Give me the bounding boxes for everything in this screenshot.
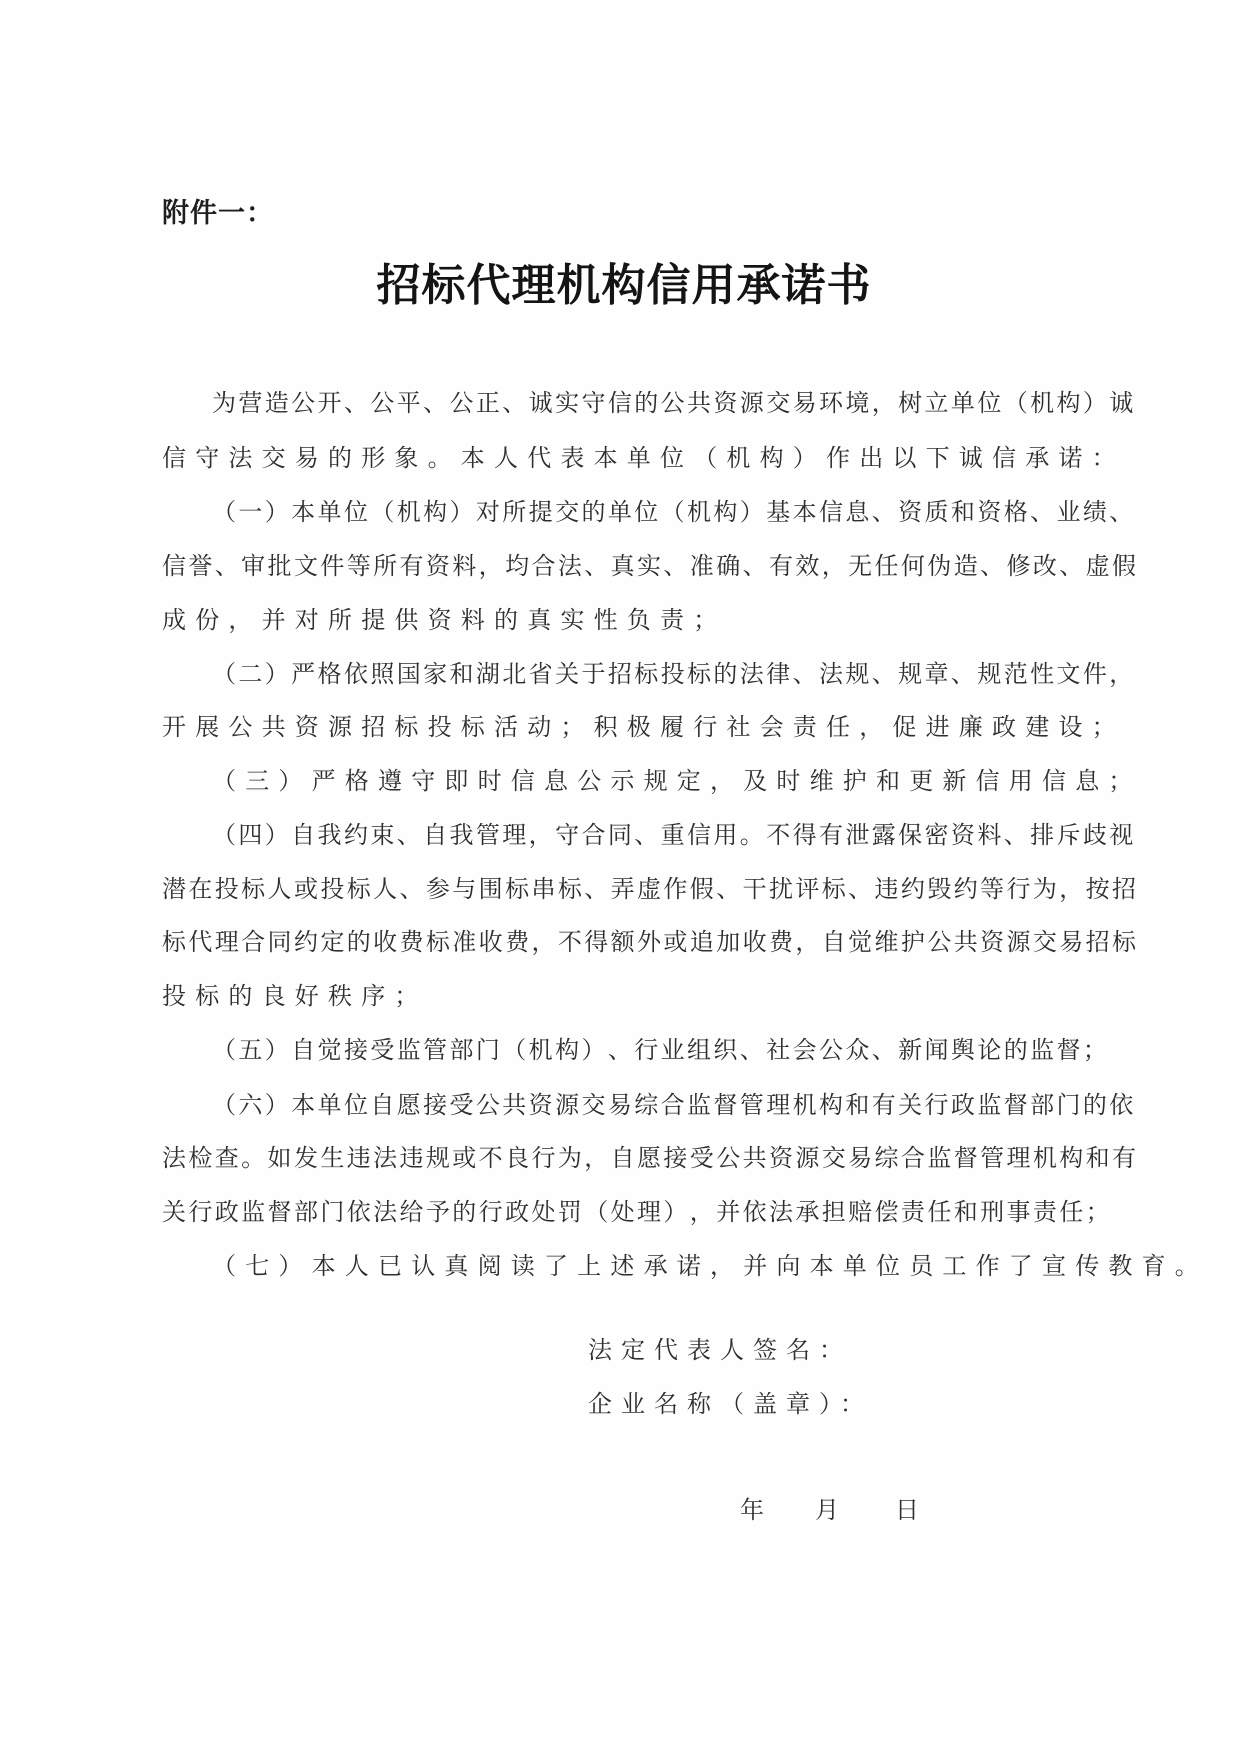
clause-1-line: 成份，并对所提供资料的真实性负责； [162,600,1080,640]
document-page: 附件一： 招标代理机构信用承诺书 为 营 造 公 开 、 公 平 、 公 正 、… [0,0,1240,1753]
clause-4-line: （ 四 ） 自 我 约 束 、 自 我 管 理 ， 守 合 同 、 重 信 用 … [212,815,1080,855]
attachment-label: 附件一： [162,196,274,232]
body-line: 为 营 造 公 开 、 公 平 、 公 正 、 诚 实 守 信 的 公 共 资 … [212,383,1080,423]
clause-4-line: 标 代 理 合 同 约 定 的 收 费 标 准 收 费 ， 不 得 额 外 或 … [162,922,1080,962]
date-day-label: 日 [895,1490,919,1530]
clause-4-line: 投标的良好秩序； [162,976,1080,1016]
clause-7-line: （七）本人已认真阅读了上述承诺，并向本单位员工作了宣传教育。 [212,1246,1080,1286]
clause-6-line: 法 检 查 。 如 发 生 违 法 违 规 或 不 良 行 为 ， 自 愿 接 … [162,1138,1080,1178]
body-line: 信守法交易的形象。本人代表本单位（机构）作出以下诚信承诺： [162,438,1080,478]
company-seal-label: 企业名称（盖章）： [588,1384,873,1424]
clause-5-line: （ 五 ） 自 觉 接 受 监 管 部 门 （ 机 构 ） 、 行 业 组 织 … [212,1030,1032,1070]
document-title: 招标代理机构信用承诺书 [0,258,1240,314]
date-month-label: 月 [815,1490,839,1530]
clause-2-line: （ 二 ） 严 格 依 照 国 家 和 湖 北 省 关 于 招 标 投 标 的 … [212,654,1080,694]
clause-6-line: 关 行 政 监 督 部 门 依 法 给 予 的 行 政 处 罚 （ 处 理 ） … [162,1192,1060,1232]
date-year-label: 年 [740,1490,764,1530]
clause-6-line: （ 六 ） 本 单 位 自 愿 接 受 公 共 资 源 交 易 综 合 监 督 … [212,1085,1080,1125]
clause-3-line: （三）严格遵守即时信息公示规定，及时维护和更新信用信息； [212,761,1080,801]
clause-1-line: （ 一 ） 本 单 位 （ 机 构 ） 对 所 提 交 的 单 位 （ 机 构 … [212,492,1080,532]
legal-representative-signature-label: 法定代表人签名： [588,1330,852,1370]
clause-1-line: 信 誉 、 审 批 文 件 等 所 有 资 料 ， 均 合 法 、 真 实 、 … [162,546,1080,586]
clause-4-line: 潜 在 投 标 人 或 投 标 人 、 参 与 围 标 串 标 、 弄 虚 作 … [162,869,1080,909]
clause-2-line: 开展公共资源招标投标活动；积极履行社会责任，促进廉政建设； [162,707,1080,747]
